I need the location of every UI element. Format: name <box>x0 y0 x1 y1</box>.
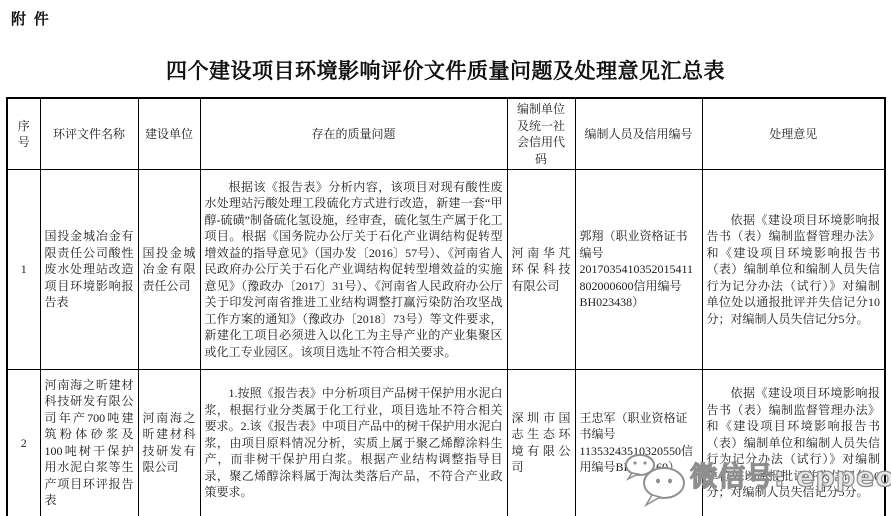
problems-text: 根据该《报告表》分析内容，该项目对现有酸性废水处理站污酸处理工段硫化方式进行改造… <box>205 179 503 361</box>
cell-builder: 国投金城冶金有限责任公司 <box>138 170 200 370</box>
header-problems: 存在的质量问题 <box>200 98 507 170</box>
cell-opinion: 依据《建设项目环境影响报告书（表）编制监督管理办法》和《建设项目环境影响报告书（… <box>702 170 885 370</box>
header-staff: 编制人员及信用编号 <box>575 98 702 170</box>
cell-doc-name: 河南海之昕建材科技研发有限公司年产700吨建筑粉体砂浆及100吨树干保护用水泥白… <box>40 370 138 516</box>
attachment-label: 附 件 <box>11 8 51 29</box>
cell-seq: 1 <box>7 170 40 370</box>
cell-agency: 河南华芃环保科技有限公司 <box>507 170 575 370</box>
summary-table: 序号 环评文件名称 建设单位 存在的质量问题 编制单位及统一社会信用代码 编制人… <box>6 97 886 516</box>
cell-opinion: 依据《建设项目环境影响报告书（表）编制监督管理办法》和《建设项目环境影响报告书（… <box>702 370 885 516</box>
cell-agency: 深圳市国志生态环境有限公司 <box>507 370 575 516</box>
header-opinion: 处理意见 <box>702 98 885 170</box>
header-builder: 建设单位 <box>138 98 200 170</box>
header-doc-name: 环评文件名称 <box>40 98 138 170</box>
cell-seq: 2 <box>7 370 40 516</box>
table-row: 2 河南海之昕建材科技研发有限公司年产700吨建筑粉体砂浆及100吨树干保护用水… <box>7 370 885 516</box>
page-title: 四个建设项目环境影响评价文件质量问题及处理意见汇总表 <box>0 55 891 85</box>
header-seq: 序号 <box>7 98 40 170</box>
cell-problems: 1.按照《报告表》中分析项目产品树干保护用水泥白浆，根据行业分类属于化工行业，项… <box>200 370 507 516</box>
opinion-text: 依据《建设项目环境影响报告书（表）编制监督管理办法》和《建设项目环境影响报告书（… <box>707 212 881 328</box>
cell-problems: 根据该《报告表》分析内容，该项目对现有酸性废水处理站污酸处理工段硫化方式进行改造… <box>200 170 507 370</box>
header-agency: 编制单位及统一社会信用代码 <box>507 98 575 170</box>
header-row: 序号 环评文件名称 建设单位 存在的质量问题 编制单位及统一社会信用代码 编制人… <box>7 98 885 170</box>
cell-staff: 郭翔（职业资格证书编号2017035410352015411802000600信… <box>575 170 702 370</box>
table-row: 1 国投金城冶金有限责任公司酸性废水处理站改造项目环境影响报告表 国投金城冶金有… <box>7 170 885 370</box>
cell-builder: 河南海之昕建材科技研发有限公司 <box>138 370 200 516</box>
cell-doc-name: 国投金城冶金有限责任公司酸性废水处理站改造项目环境影响报告表 <box>40 170 138 370</box>
opinion-text: 依据《建设项目环境影响报告书（表）编制监督管理办法》和《建设项目环境影响报告书（… <box>707 385 881 501</box>
cell-staff: 王忠军（职业资格证书编号11353243510320550信用编号BH03516… <box>575 370 702 516</box>
problems-text: 1.按照《报告表》中分析项目产品树干保护用水泥白浆，根据行业分类属于化工行业，项… <box>205 385 503 501</box>
